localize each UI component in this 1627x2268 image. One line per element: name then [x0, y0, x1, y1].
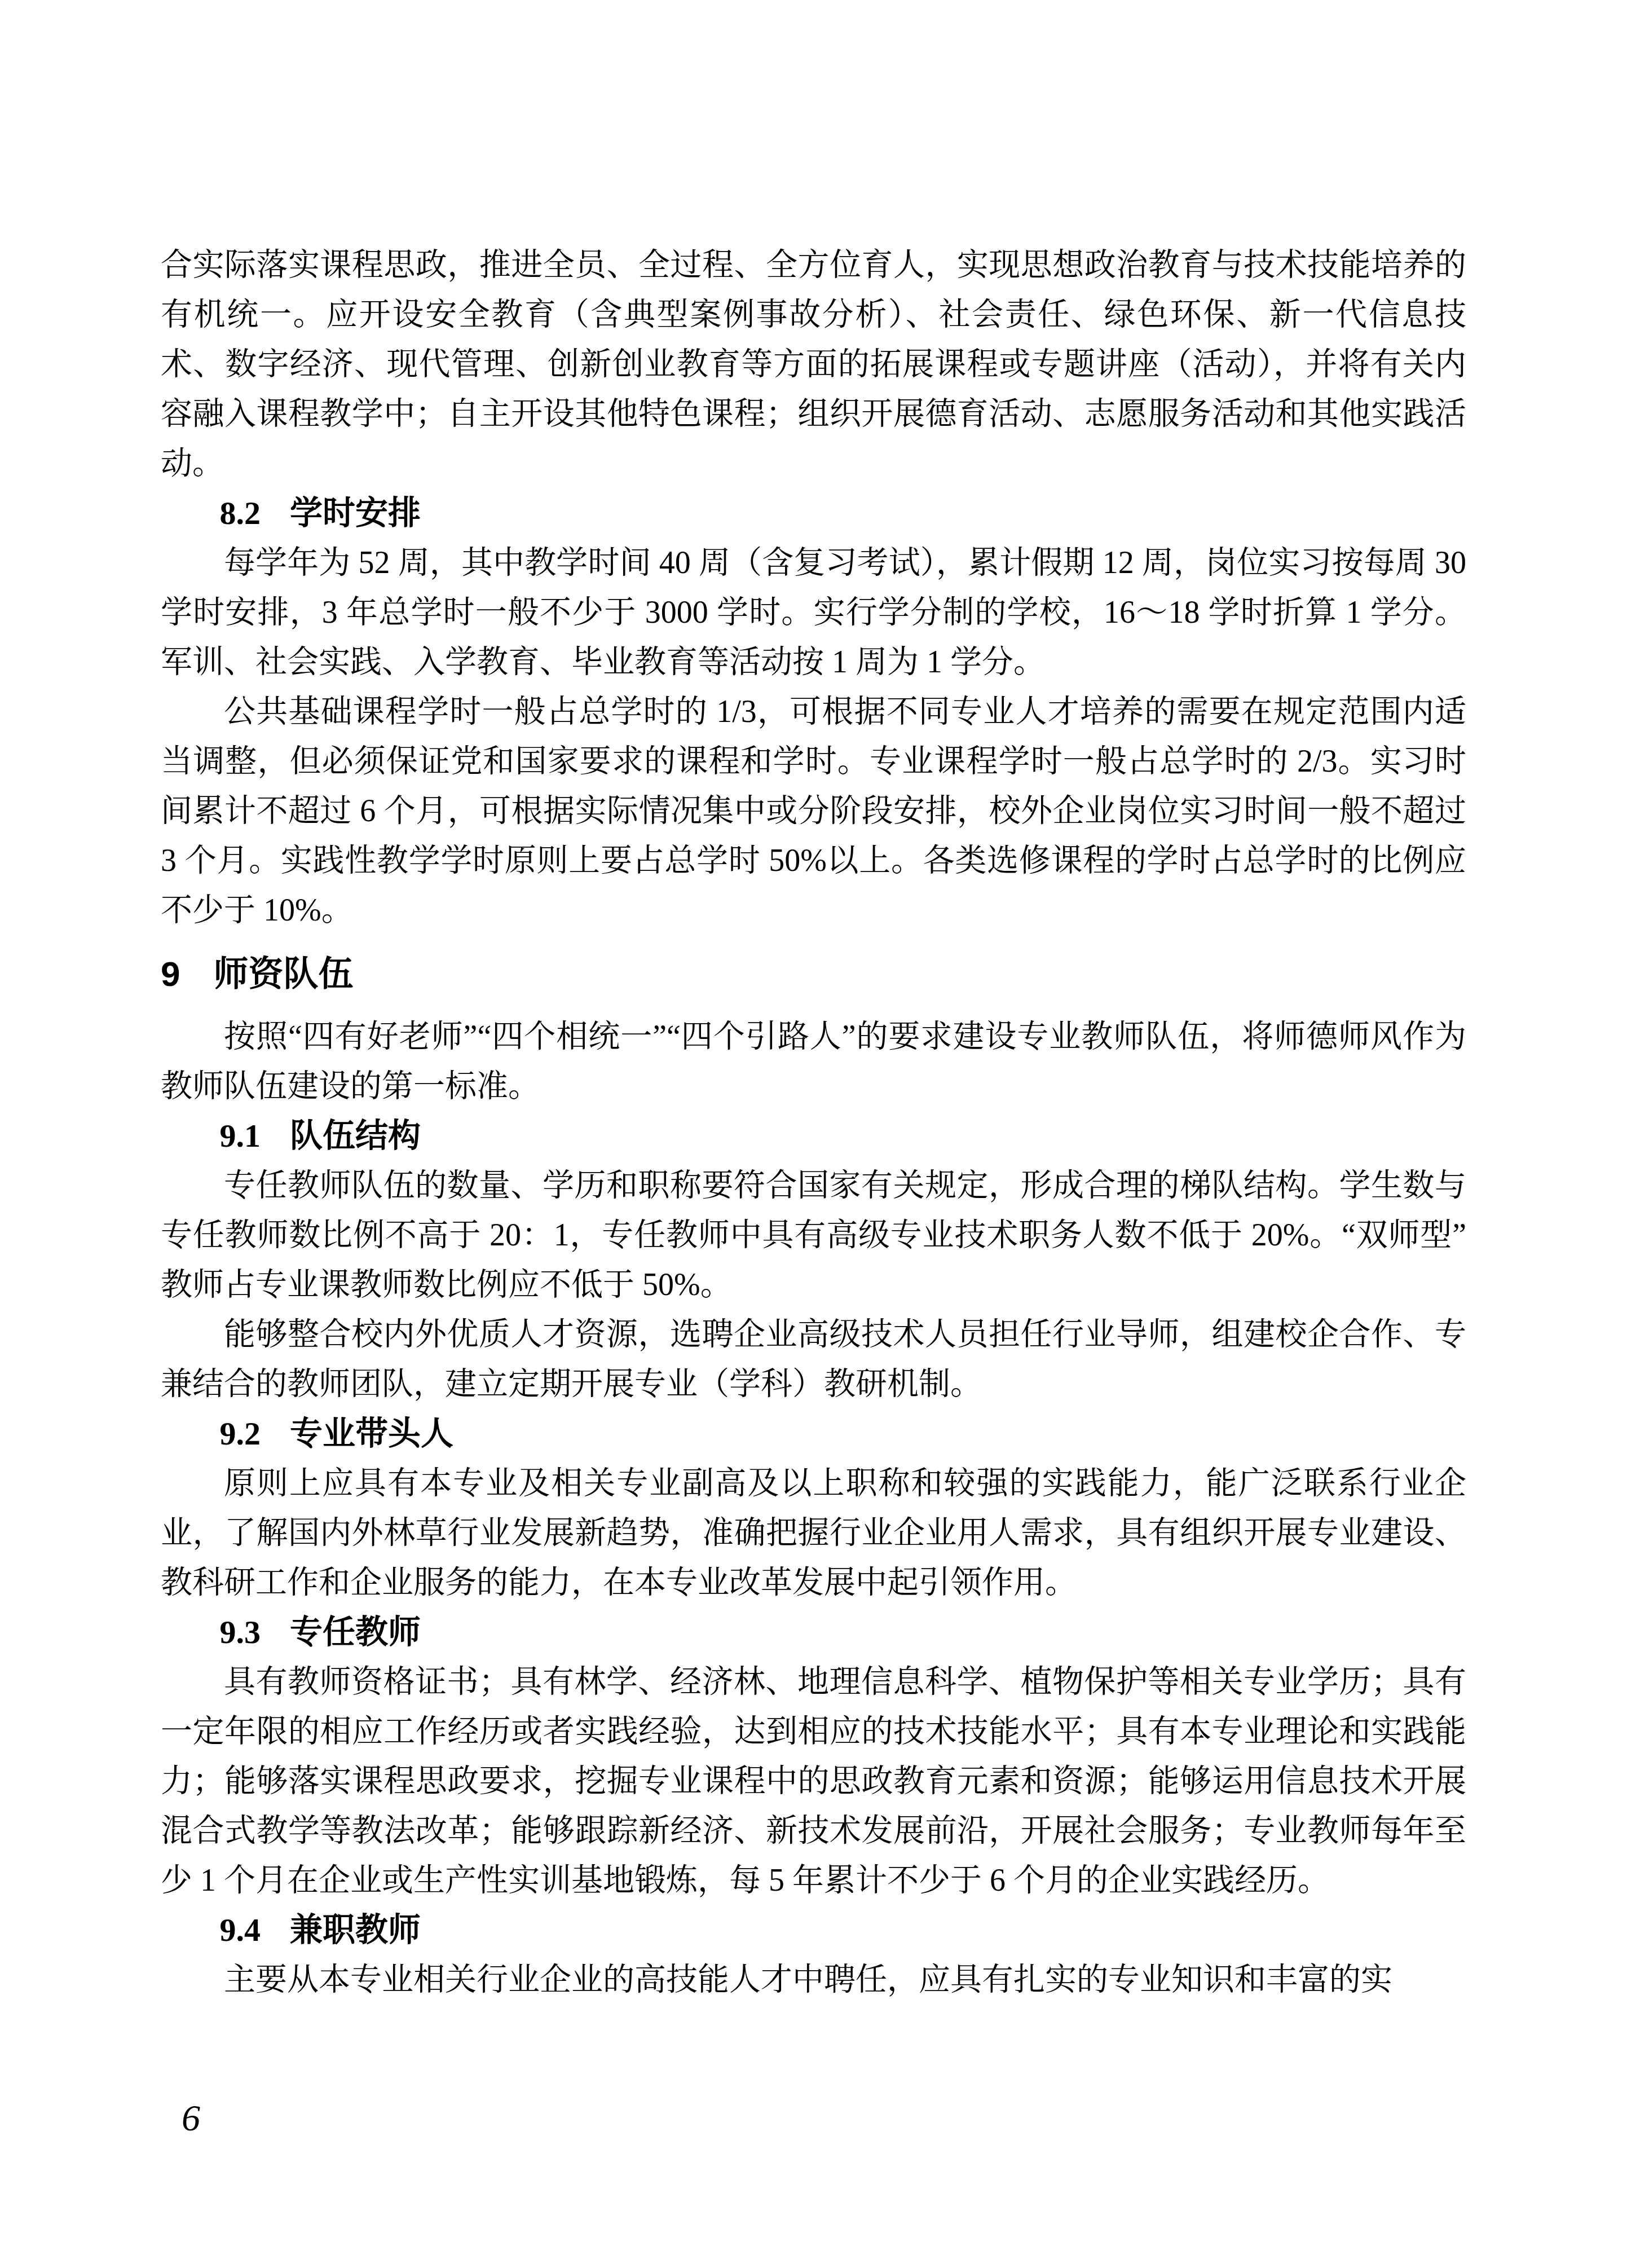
- heading-9: 9师资队伍: [161, 935, 1466, 1012]
- heading-title: 学时安排: [290, 495, 421, 531]
- paragraph: 专任教师队伍的数量、学历和职称要符合国家有关规定，形成合理的梯队结构。学生数与专…: [161, 1161, 1466, 1310]
- heading-8-2: 8.2学时安排: [161, 488, 1466, 538]
- paragraph: 公共基础课程学时一般占总学时的 1/3，可根据不同专业人才培养的需要在规定范围内…: [161, 687, 1466, 935]
- heading-title: 专业带头人: [290, 1415, 453, 1452]
- heading-9-2: 9.2专业带头人: [161, 1409, 1466, 1459]
- heading-title: 师资队伍: [213, 955, 353, 994]
- heading-number: 9.4: [219, 1912, 261, 1948]
- paragraph: 具有教师资格证书；具有林学、经济林、地理信息科学、植物保护等相关专业学历；具有一…: [161, 1657, 1466, 1905]
- heading-number: 9.2: [219, 1415, 261, 1452]
- paragraph: 按照“四有好老师”“四个相统一”“四个引路人”的要求建设专业教师队伍，将师德师风…: [161, 1012, 1466, 1111]
- document-page: 合实际落实课程思政，推进全员、全过程、全方位育人，实现思想政治教育与技术技能培养…: [0, 0, 1627, 2268]
- heading-number: 9.3: [219, 1614, 261, 1650]
- heading-9-4: 9.4兼职教师: [161, 1905, 1466, 1955]
- heading-number: 9: [161, 955, 180, 994]
- paragraph: 能够整合校内外优质人才资源，选聘企业高级技术人员担任行业导师，组建校企合作、专兼…: [161, 1310, 1466, 1409]
- heading-9-1: 9.1队伍结构: [161, 1111, 1466, 1161]
- heading-number: 8.2: [219, 495, 261, 531]
- text-column: 合实际落实课程思政，推进全员、全过程、全方位育人，实现思想政治教育与技术技能培养…: [161, 240, 1466, 2005]
- paragraph: 原则上应具有本专业及相关专业副高及以上职称和较强的实践能力，能广泛联系行业企业，…: [161, 1459, 1466, 1608]
- heading-number: 9.1: [219, 1117, 261, 1154]
- paragraph-continuation: 合实际落实课程思政，推进全员、全过程、全方位育人，实现思想政治教育与技术技能培养…: [161, 240, 1466, 488]
- heading-title: 专任教师: [290, 1614, 421, 1650]
- paragraph-truncated: 主要从本专业相关行业企业的高技能人才中聘任，应具有扎实的专业知识和丰富的实: [161, 1955, 1466, 2005]
- paragraph: 每学年为 52 周，其中教学时间 40 周（含复习考试），累计假期 12 周，岗…: [161, 538, 1466, 687]
- heading-9-3: 9.3专任教师: [161, 1608, 1466, 1657]
- heading-title: 兼职教师: [290, 1912, 421, 1948]
- heading-title: 队伍结构: [290, 1117, 421, 1154]
- page-number: 6: [182, 2094, 200, 2143]
